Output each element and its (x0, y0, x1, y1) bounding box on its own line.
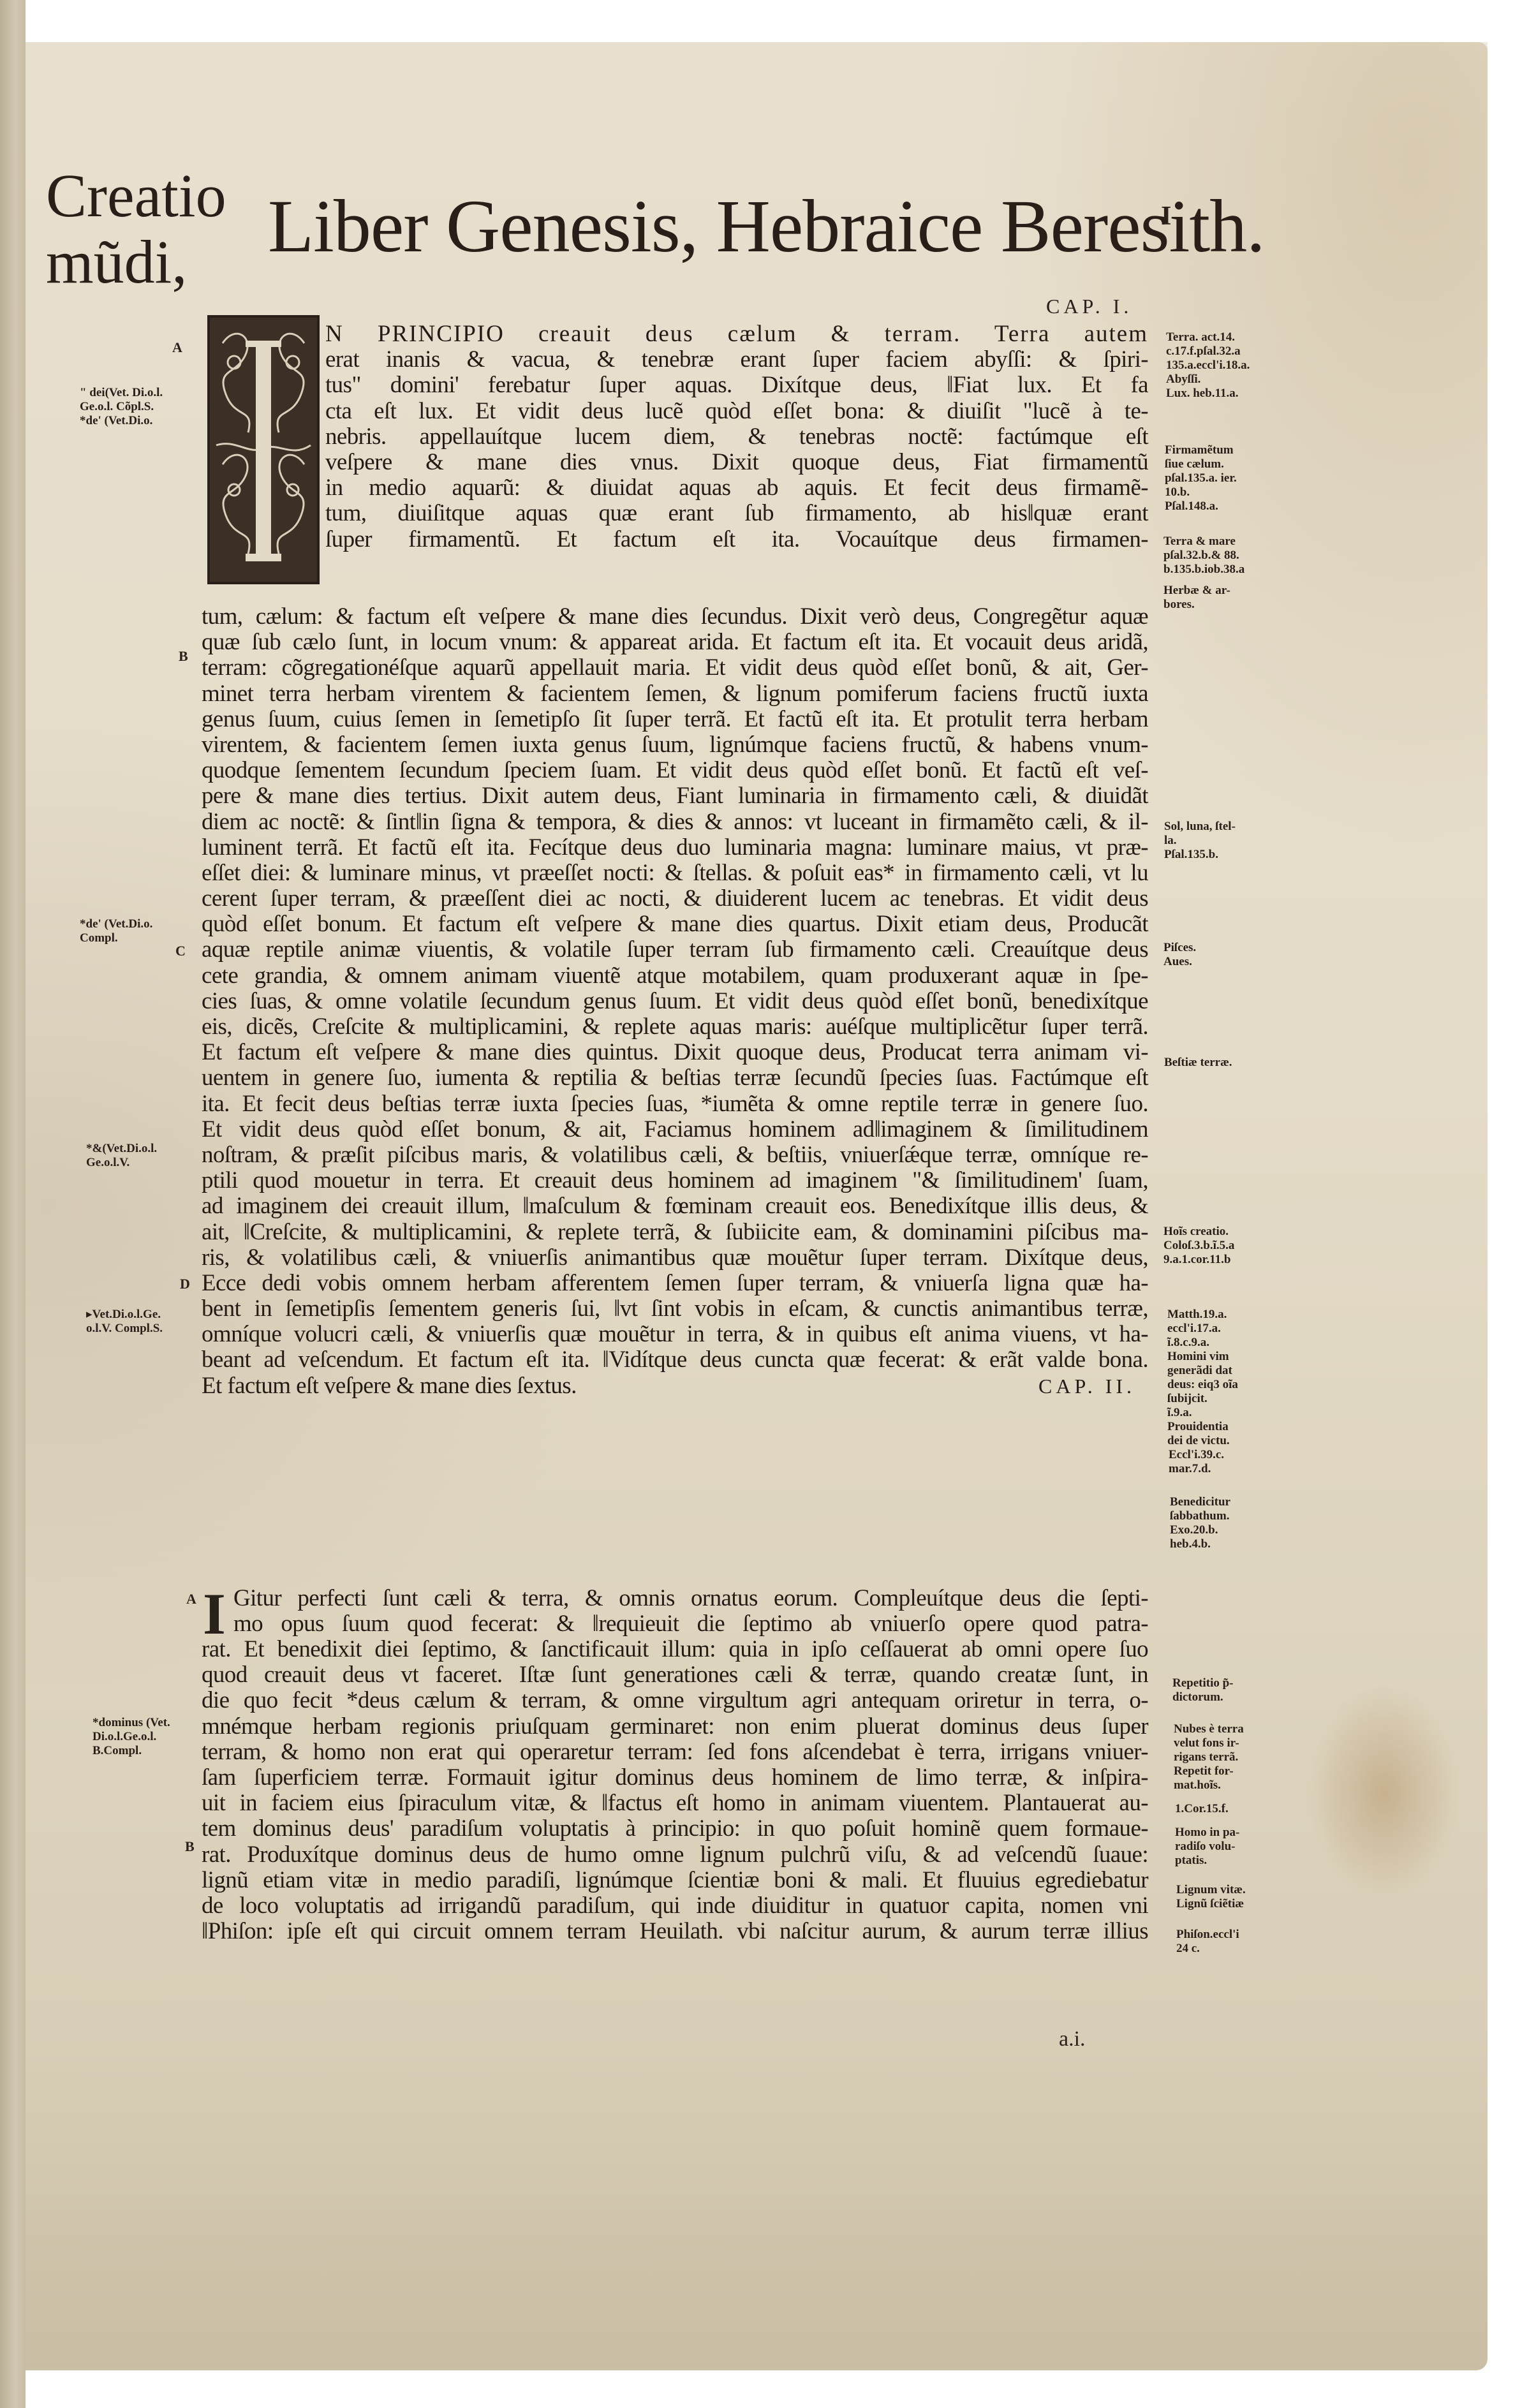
text-line: pere & mane dies tertius. Dixit autem de… (202, 783, 1148, 809)
note-line: o.l.V. Compl.S. (86, 1322, 163, 1336)
note-line: pſal.135.a. ier. (1165, 471, 1237, 485)
text-line: uentem in genere ſuo, iumenta & reptilia… (202, 1065, 1148, 1091)
text-line: N PRINCIPIO creauit deus cælum & terram.… (325, 321, 1148, 347)
note-line: dei de victu. (1167, 1434, 1238, 1448)
paper-stain (1308, 1684, 1461, 1901)
note-line: *de' (Vet.Di.o. (80, 414, 163, 428)
text-line: ris, & volatilibus cæli, & vniuerſis ani… (202, 1245, 1148, 1271)
note-line: 135.a.eccl'i.18.a. (1166, 358, 1250, 373)
text-line: Et factum eſt veſpere & mane dies ſextus… (202, 1373, 577, 1399)
note-line: ſiue cælum. (1165, 457, 1237, 471)
text-line: quod creauit deus vt faceret. Iſtæ ſunt … (202, 1662, 1148, 1688)
section-letter-b-ch2: B (185, 1838, 195, 1855)
section-letter-b: B (179, 648, 188, 665)
text-line: quodque ſementem ſecundum ſpeciem ſuam. … (202, 758, 1148, 783)
text-line: ſam ſuperficiem terræ. Formauit igitur d… (202, 1765, 1148, 1791)
section-letter-a: A (172, 339, 182, 356)
note-line: rigans terrã. (1174, 1750, 1244, 1764)
signature-mark: a.i. (1059, 2027, 1086, 2051)
chapter-2-text: rat. Et benedixit diei ſeptimo, & ſancti… (202, 1637, 1148, 1944)
right-margin-note: Terra & mare pſal.32.b.& 88. b.135.b.iob… (1163, 535, 1244, 577)
note-line: B.Compl. (92, 1744, 170, 1758)
right-margin-note: 1.Cor.15.f. (1175, 1802, 1229, 1816)
text-line: cies ſuas, & omne volatile ſecundum genu… (202, 989, 1148, 1014)
section-letter-a-ch2: A (186, 1591, 196, 1607)
text-line: in medio aquarũ: & diuidat aquas ab aqui… (325, 475, 1148, 501)
note-line: ptatis. (1175, 1854, 1239, 1868)
note-line: Lignum vitæ. (1176, 1883, 1246, 1897)
note-line: Ge.o.l.V. (86, 1156, 157, 1170)
text-line: ſuper firmamentũ. Et factum eſt ita. Voc… (325, 527, 1148, 552)
text-line: tus" domini' ferebatur ſuper aquas. Dixí… (325, 373, 1148, 398)
text-line: tum, diuiſitque aquas quæ erant ſub firm… (325, 501, 1148, 526)
chapter-2-text-beside-initial: Gitur perfecti ſunt cæli & terra, & omni… (233, 1586, 1148, 1637)
note-line: 9.a.1.cor.11.b (1163, 1253, 1234, 1267)
note-line: Eccl'i.39.c. (1169, 1448, 1224, 1462)
note-line: Coloſ.3.b.ĩ.5.a (1163, 1239, 1234, 1253)
right-margin-note: Lignum vitæ. Lignũ ſciẽtiæ (1176, 1883, 1246, 1911)
text-line: ita. Et fecit deus beſtias terræ iuxta ſ… (202, 1091, 1148, 1117)
text-line: uit in faciem eius ſpiraculum vitæ, & ‖f… (202, 1791, 1148, 1816)
text-line: beant ad veſcendum. Et factum eſt ita. ‖… (202, 1347, 1148, 1373)
text-line: Gitur perfecti ſunt cæli & terra, & omni… (233, 1586, 1148, 1611)
side-title-line-1: Creatio (46, 163, 226, 229)
text-line: ad imaginem dei creauit illum, ‖maſculum… (202, 1193, 1148, 1219)
note-line: Terra. act.14. (1166, 330, 1250, 344)
text-line: mo opus ſuum quod fecerat: & ‖requieuit … (233, 1611, 1148, 1637)
note-line: eccl'i.17.a. (1167, 1322, 1238, 1336)
chapter-1-heading: CAP. I. (1046, 295, 1132, 318)
right-margin-note: Piſces. Aues. (1163, 941, 1196, 969)
note-line: 1.Cor.15.f. (1175, 1802, 1229, 1816)
note-line: mat.hoĩs. (1174, 1778, 1244, 1792)
right-margin-note: Phiſon.eccl'i 24 c. (1176, 1928, 1239, 1956)
right-margin-note: Terra. act.14. c.17.f.pſal.32.a 135.a.ec… (1166, 330, 1250, 401)
note-line: 10.b. (1165, 485, 1237, 499)
text-line: eis, dicẽs, Creſcite & multiplicamini, &… (202, 1014, 1148, 1040)
right-margin-note: Beſtiæ terræ. (1164, 1056, 1232, 1070)
note-line: 24 c. (1176, 1942, 1239, 1956)
section-letter-c: C (175, 943, 186, 959)
text-line: aquæ reptile animæ viuentis, & volatile … (202, 937, 1148, 963)
right-margin-note: Matth.19.a. eccl'i.17.a. ĩ.8.c.9.a. Homi… (1167, 1308, 1238, 1448)
text-line: erat inanis & vacua, & tenebræ erant ſup… (325, 347, 1148, 373)
decorative-initial (207, 315, 320, 584)
text-line: luminent terrã. Et factũ eſt ita. Fecítq… (202, 835, 1148, 861)
chapter-1-text: tum, cælum: & factum eſt veſpere & mane … (202, 604, 1148, 1399)
left-margin-note: ▸Vet.Di.o.l.Ge. o.l.V. Compl.S. (86, 1308, 163, 1336)
text-line: virentem, & facientem ſemen iuxta genus … (202, 732, 1148, 758)
note-line: c.17.f.pſal.32.a (1166, 344, 1250, 358)
right-margin-note: Firmamẽtum ſiue cælum. pſal.135.a. ier. … (1165, 443, 1237, 513)
left-margin-note: *&(Vet.Di.o.l. Ge.o.l.V. (86, 1142, 157, 1170)
note-line: Hoĩs creatio. (1163, 1225, 1234, 1239)
note-line: mar.7.d. (1169, 1462, 1224, 1476)
text-line: rat. Produxítque dominus deus de humo om… (202, 1842, 1148, 1868)
note-line: Prouidentia (1167, 1420, 1238, 1434)
note-line: Sol, luna, ſtel- (1164, 820, 1236, 834)
note-line: Piſces. (1163, 941, 1196, 955)
note-line: ſabbathum. (1170, 1509, 1230, 1523)
text-line: lignũ etiam vitæ in medio paradiſi, lign… (202, 1868, 1148, 1893)
chapter-2-initial: I (203, 1585, 226, 1643)
section-letter-d: D (180, 1276, 190, 1292)
note-line: Aues. (1163, 955, 1196, 969)
note-line: Lignũ ſciẽtiæ (1176, 1897, 1246, 1911)
note-line: Nubes è terra (1174, 1722, 1244, 1736)
right-margin-note: Homo in pa- radiſo volu- ptatis. (1175, 1826, 1239, 1868)
right-margin-note: Nubes è terra velut fons ir- rigans terr… (1174, 1722, 1244, 1792)
text-line: Et vidit deus quòd eſſet bonum, & ait, F… (202, 1117, 1148, 1142)
note-line: deus: eiq3 oĩa (1167, 1378, 1238, 1392)
note-line: *de' (Vet.Di.o. (80, 917, 152, 931)
note-line: Homini vim (1167, 1350, 1238, 1364)
ornamental-foliage-icon (210, 318, 317, 582)
chapter-1-text-beside-initial: N PRINCIPIO creauit deus cælum & terram.… (325, 321, 1148, 552)
note-line: heb.4.b. (1170, 1537, 1230, 1551)
page-title: Liber Genesis, Hebraice Beresith. (268, 185, 1265, 268)
note-line: Phiſon.eccl'i (1176, 1928, 1239, 1942)
note-line: velut fons ir- (1174, 1736, 1244, 1750)
note-line: Compl. (80, 931, 152, 945)
text-line: diem ac noctẽ: & ſint‖in ſigna & tempora… (202, 809, 1148, 835)
right-margin-note: Herbæ & ar- bores. (1163, 584, 1230, 612)
note-line: ĩ.8.c.9.a. (1167, 1336, 1238, 1350)
text-line: minet terra herbam virentem & facientem … (202, 681, 1148, 707)
note-line: Pſal.148.a. (1165, 499, 1237, 513)
text-line: cete grandia, & omnem animam viuentẽ atq… (202, 963, 1148, 989)
note-line: Abyſſi. (1166, 373, 1250, 387)
note-line: Repetit for- (1174, 1764, 1244, 1778)
right-margin-note: Sol, luna, ſtel- la. Pſal.135.b. (1164, 820, 1236, 862)
note-line: *dominus (Vet. (92, 1716, 170, 1730)
note-line: Terra & mare (1163, 535, 1244, 549)
text-line: rat. Et benedixit diei ſeptimo, & ſancti… (202, 1637, 1148, 1662)
text-line: tem dominus deus' paradiſum voluptatis à… (202, 1816, 1148, 1842)
text-line: bent in ſemetipſis ſementem generis ſui,… (202, 1296, 1148, 1322)
left-margin-note: *de' (Vet.Di.o. Compl. (80, 917, 152, 945)
text-line: nebris. appellauítque lucem diem, & tene… (325, 424, 1148, 450)
right-margin-note: Hoĩs creatio. Coloſ.3.b.ĩ.5.a 9.a.1.cor.… (1163, 1225, 1234, 1267)
note-line: Homo in pa- (1175, 1826, 1239, 1840)
note-line: Matth.19.a. (1167, 1308, 1238, 1322)
left-margin-note: " dei(Vet. Di.o.l. Ge.o.l. Cõpl.S. *de' … (80, 386, 163, 428)
note-line: Repetitio p̃- (1172, 1676, 1234, 1690)
note-line: generãdi dat (1167, 1364, 1238, 1378)
side-title-line-2: mũdi, (46, 229, 226, 295)
note-line: Benedicitur (1170, 1495, 1230, 1509)
note-line: Pſal.135.b. (1164, 848, 1236, 862)
text-line: de loco voluptatis ad irrigandũ paradiſu… (202, 1893, 1148, 1919)
text-line: tum, cælum: & factum eſt veſpere & mane … (202, 604, 1148, 630)
note-line: bores. (1163, 598, 1230, 612)
text-line: Et factum eſt veſpere & mane dies quintu… (202, 1040, 1148, 1065)
text-line: omníque volucri cæli, & vniuerſis quæ mo… (202, 1322, 1148, 1347)
text-line: quòd eſſet bonum. Et factum eſt veſpere … (202, 912, 1148, 937)
note-line: Ge.o.l. Cõpl.S. (80, 400, 163, 414)
note-line: Exo.20.b. (1170, 1523, 1230, 1537)
text-line: ait, ‖Creſcite, & multiplicamini, & repl… (202, 1220, 1148, 1245)
note-line: la. (1164, 834, 1236, 848)
right-margin-note: Benedicitur ſabbathum. Exo.20.b. heb.4.b… (1170, 1495, 1230, 1551)
text-line: genus ſuum, cuius ſemen in ſemetipſo ſit… (202, 707, 1148, 732)
text-line: terram: cõgregationéſque aquarũ appellau… (202, 655, 1148, 681)
text-line: quæ ſub cælo ſunt, in locum vnum: & appa… (202, 630, 1148, 655)
note-line: Firmamẽtum (1165, 443, 1237, 457)
text-line: veſpere & mane dies vnus. Dixit quoque d… (325, 450, 1148, 475)
note-line: *&(Vet.Di.o.l. (86, 1142, 157, 1156)
chapter-end-line: Et factum eſt veſpere & mane dies ſextus… (202, 1373, 1148, 1399)
note-line: Beſtiæ terræ. (1164, 1056, 1232, 1070)
note-line: b.135.b.iob.38.a (1163, 563, 1244, 577)
book-binding-edge (0, 0, 26, 2408)
note-line: dictorum. (1172, 1690, 1234, 1704)
text-line: eſſet diei: & luminare minus, vt præeſſe… (202, 861, 1148, 886)
chapter-2-heading: CAP. II. (1038, 1373, 1148, 1399)
text-line: ptili quod mouetur in terra. Et creauit … (202, 1168, 1148, 1193)
text-line: die quo fecit *deus cælum & terram, & om… (202, 1688, 1148, 1713)
text-line: ‖Phiſon: ipſe eſt qui circuit omnem terr… (202, 1919, 1148, 1944)
left-margin-note: *dominus (Vet. Di.o.l.Ge.o.l. B.Compl. (92, 1716, 170, 1758)
text-line: noſtram, & præſit piſcibus maris, & vola… (202, 1142, 1148, 1168)
right-margin-note: Repetitio p̃- dictorum. (1172, 1676, 1234, 1704)
note-line: Herbæ & ar- (1163, 584, 1230, 598)
note-line: ĩ.9.a. (1167, 1406, 1238, 1420)
note-line: pſal.32.b.& 88. (1163, 549, 1244, 563)
note-line: ſubijcit. (1167, 1392, 1238, 1406)
text-line: Ecce dedi vobis omnem herbam afferentem … (202, 1271, 1148, 1296)
text-line: terram, & homo non erat qui operaretur t… (202, 1740, 1148, 1765)
right-margin-note: Eccl'i.39.c. mar.7.d. (1169, 1448, 1224, 1476)
text-line: cerent ſuper terram, & præeſſent diei ac… (202, 886, 1148, 912)
text-line: cta eſt lux. Et vidit deus lucẽ quòd eſſ… (325, 399, 1148, 424)
page-number: I (1161, 201, 1171, 232)
note-line: ▸Vet.Di.o.l.Ge. (86, 1308, 163, 1322)
note-line: " dei(Vet. Di.o.l. (80, 386, 163, 400)
note-line: radiſo volu- (1175, 1840, 1239, 1854)
text-line: mnémque herbam regionis priuſquam germin… (202, 1714, 1148, 1740)
note-line: Lux. heb.11.a. (1166, 387, 1250, 401)
note-line: Di.o.l.Ge.o.l. (92, 1730, 170, 1744)
side-title: Creatio mũdi, (46, 163, 226, 295)
